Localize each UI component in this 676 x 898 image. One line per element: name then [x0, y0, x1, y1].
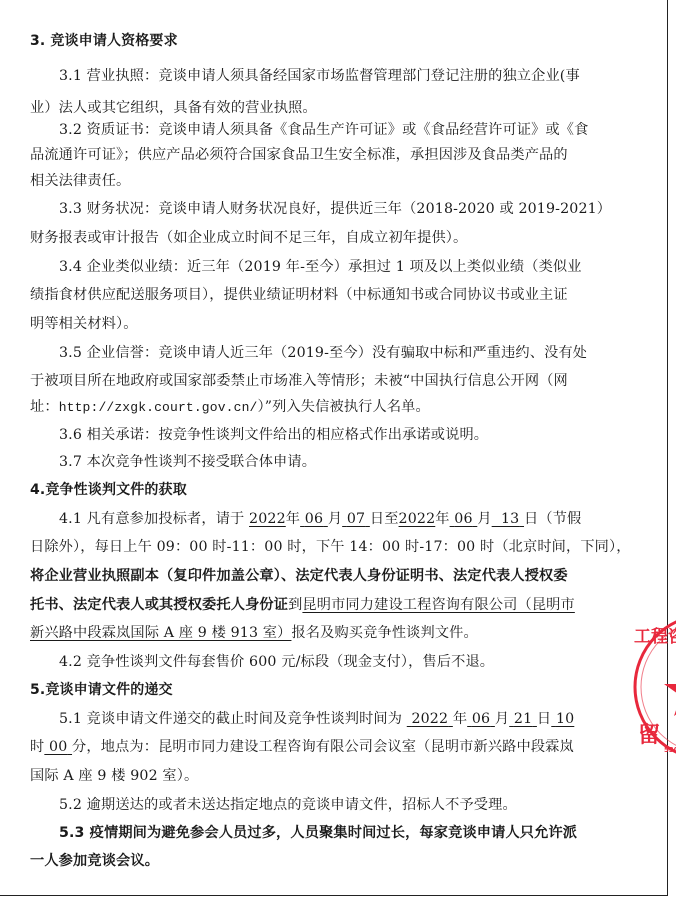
item-3-5-line-1: 3.5 企业信誉：竞谈申请人近三年（2019-至今）没有骗取中标和严重违约、没有… — [59, 343, 587, 363]
item-3-5-line-2: 于被项目所在地政府或国家部委禁止市场准入等情形；未被“中国执行信息公开网（网 — [30, 371, 568, 391]
item-3-1-line-2: 业）法人或其它组织，具备有效的营业执照。 — [30, 98, 317, 118]
svg-text:留: 留 — [638, 722, 660, 748]
court-url-link[interactable]: http://zxgk.court.gov.cn/ — [59, 400, 258, 415]
deadline-month: 06 — [467, 711, 495, 727]
start-day: 07 — [342, 511, 370, 527]
item-3-2-line-3: 相关法律责任。 — [30, 171, 130, 191]
to-word: 到 — [288, 597, 302, 613]
unit-month: 月 — [495, 711, 509, 727]
item-4-1-line-4: 托书、法定代表人或其授权委托人身份证到昆明市同力建设工程咨询有限公司（昆明市 — [30, 595, 575, 615]
deadline-day: 21 — [509, 711, 537, 727]
start-month: 06 — [300, 511, 328, 527]
item-4-1-line-3: 将企业营业执照副本（复印件加盖公章）、法定代表人身份证明书、法定代表人授权委 — [30, 566, 568, 586]
company-seal-stamp: 工程咨 留 5301 — [632, 612, 676, 762]
item-4-2: 4.2 竞争性谈判文件每套售价 600 元/标段（现金支付），售后不退。 — [59, 652, 494, 672]
registration-text: 报名及购买竞争性谈判文件。 — [291, 625, 477, 641]
unit-year: 年 — [286, 511, 300, 527]
item-5-1-prefix: 5.1 竞谈申请文件递交的截止时间及竞争性谈判时间为 — [59, 711, 407, 727]
item-3-4-line-2: 绩指食材供应配送服务项目），提供业绩证明材料（中标通知书或合同协议书或业主证 — [30, 285, 568, 305]
meeting-location: 分，地点为：昆明市同力建设工程咨询有限公司会议室（昆明市新兴路中段霖岚 — [72, 739, 574, 755]
deadline-minute: 00 — [44, 739, 72, 755]
item-3-1-line-1: 3.1 营业执照：竞谈申请人须具备经国家市场监督管理部门登记注册的独立企业(事 — [59, 66, 580, 86]
item-4-1-line-1: 4.1 凡有意参加投标者，请于 2022年 06 月 07 日至2022年 06… — [59, 509, 581, 529]
item-4-1-suffix: 日（节假 — [524, 511, 581, 527]
svg-text:工程咨: 工程咨 — [634, 626, 676, 647]
unit-month: 月 — [328, 511, 342, 527]
deadline-year: 2022 — [407, 711, 453, 727]
item-5-1-line-2: 时 00 分，地点为：昆明市同力建设工程咨询有限公司会议室（昆明市新兴路中段霖岚 — [30, 737, 574, 757]
item-3-6: 3.6 相关承诺：按竞争性谈判文件给出的相应格式作出承诺或说明。 — [59, 425, 488, 445]
start-year: 2022 — [249, 511, 286, 527]
item-3-5-line-3: 址：http://zxgk.court.gov.cn/）”列入失信被执行人名单。 — [30, 397, 430, 418]
item-3-2-line-1: 3.2 资质证书：竞谈申请人须具备《食品生产许可证》或《食品经营许可证》或《食 — [59, 120, 589, 140]
end-month: 06 — [450, 511, 478, 527]
url-prefix: 址： — [30, 399, 59, 415]
item-5-1-line-3: 国际 A 座 9 楼 902 室）。 — [30, 766, 198, 786]
item-5-2: 5.2 逾期送达的或者未送达指定地点的竞谈申请文件，招标人不予受理。 — [59, 795, 517, 815]
url-suffix: ）”列入失信被执行人名单。 — [257, 399, 429, 415]
company-address-part-2: 新兴路中段霖岚国际 A 座 9 楼 913 室） — [30, 625, 291, 641]
star-icon — [664, 664, 676, 716]
unit-day: 日 — [537, 711, 551, 727]
unit-year: 年 — [453, 711, 467, 727]
section-4-heading: 4.竞争性谈判文件的获取 — [30, 480, 187, 500]
item-4-1-line-2: 日除外），每日上午 09：00 时-11：00 时，下午 14：00 时-17：… — [30, 537, 631, 557]
item-4-1-line-5: 新兴路中段霖岚国际 A 座 9 楼 913 室）报名及购买竞争性谈判文件。 — [30, 623, 478, 643]
item-4-1-prefix: 4.1 凡有意参加投标者，请于 — [59, 511, 249, 527]
item-3-2-line-2: 品流通许可证》；供应产品必须符合国家食品卫生安全标准，承担因涉及食品类产品的 — [30, 145, 568, 165]
item-3-4-line-3: 明等相关材料）。 — [30, 314, 138, 334]
deadline-hour: 10 — [551, 711, 574, 727]
unit-year: 年 — [435, 511, 449, 527]
item-3-4-line-1: 3.4 企业类似业绩：近三年（2019 年-至今）承担过 1 项及以上类似业绩（… — [59, 257, 582, 277]
item-3-3-line-2: 财务报表或审计报告（如企业成立时间不足三年，自成立初年提供）。 — [30, 228, 467, 248]
item-5-1-line-1: 5.1 竞谈申请文件递交的截止时间及竞争性谈判时间为 2022 年 06 月 2… — [59, 709, 574, 729]
item-5-3-line-2: 一人参加竞谈会议。 — [30, 851, 159, 871]
unit-to: 日至 — [370, 511, 399, 527]
svg-text:5301: 5301 — [664, 746, 676, 754]
item-3-3-line-1: 3.3 财务状况：竞谈申请人财务状况良好，提供近三年（2018-2020 或 2… — [59, 199, 611, 219]
company-address-part-1: 昆明市同力建设工程咨询有限公司（昆明市 — [302, 597, 574, 613]
end-year: 2022 — [399, 511, 436, 527]
unit-month: 月 — [477, 511, 491, 527]
section-3-heading: 3. 竞谈申请人资格要求 — [30, 31, 178, 51]
item-3-7: 3.7 本次竞争性谈判不接受联合体申请。 — [59, 452, 316, 472]
unit-hour: 时 — [30, 739, 44, 755]
document-page: 3. 竞谈申请人资格要求 3.1 营业执照：竞谈申请人须具备经国家市场监督管理部… — [0, 0, 668, 896]
item-5-3-line-1: 5.3 疫情期间为避免参会人员过多，人员聚集时间过长，每家竞谈申请人只允许派 — [59, 823, 577, 843]
end-day: 13 — [492, 511, 524, 527]
section-5-heading: 5.竞谈申请文件的递交 — [30, 680, 173, 700]
required-docs: 托书、法定代表人或其授权委托人身份证 — [30, 597, 288, 613]
